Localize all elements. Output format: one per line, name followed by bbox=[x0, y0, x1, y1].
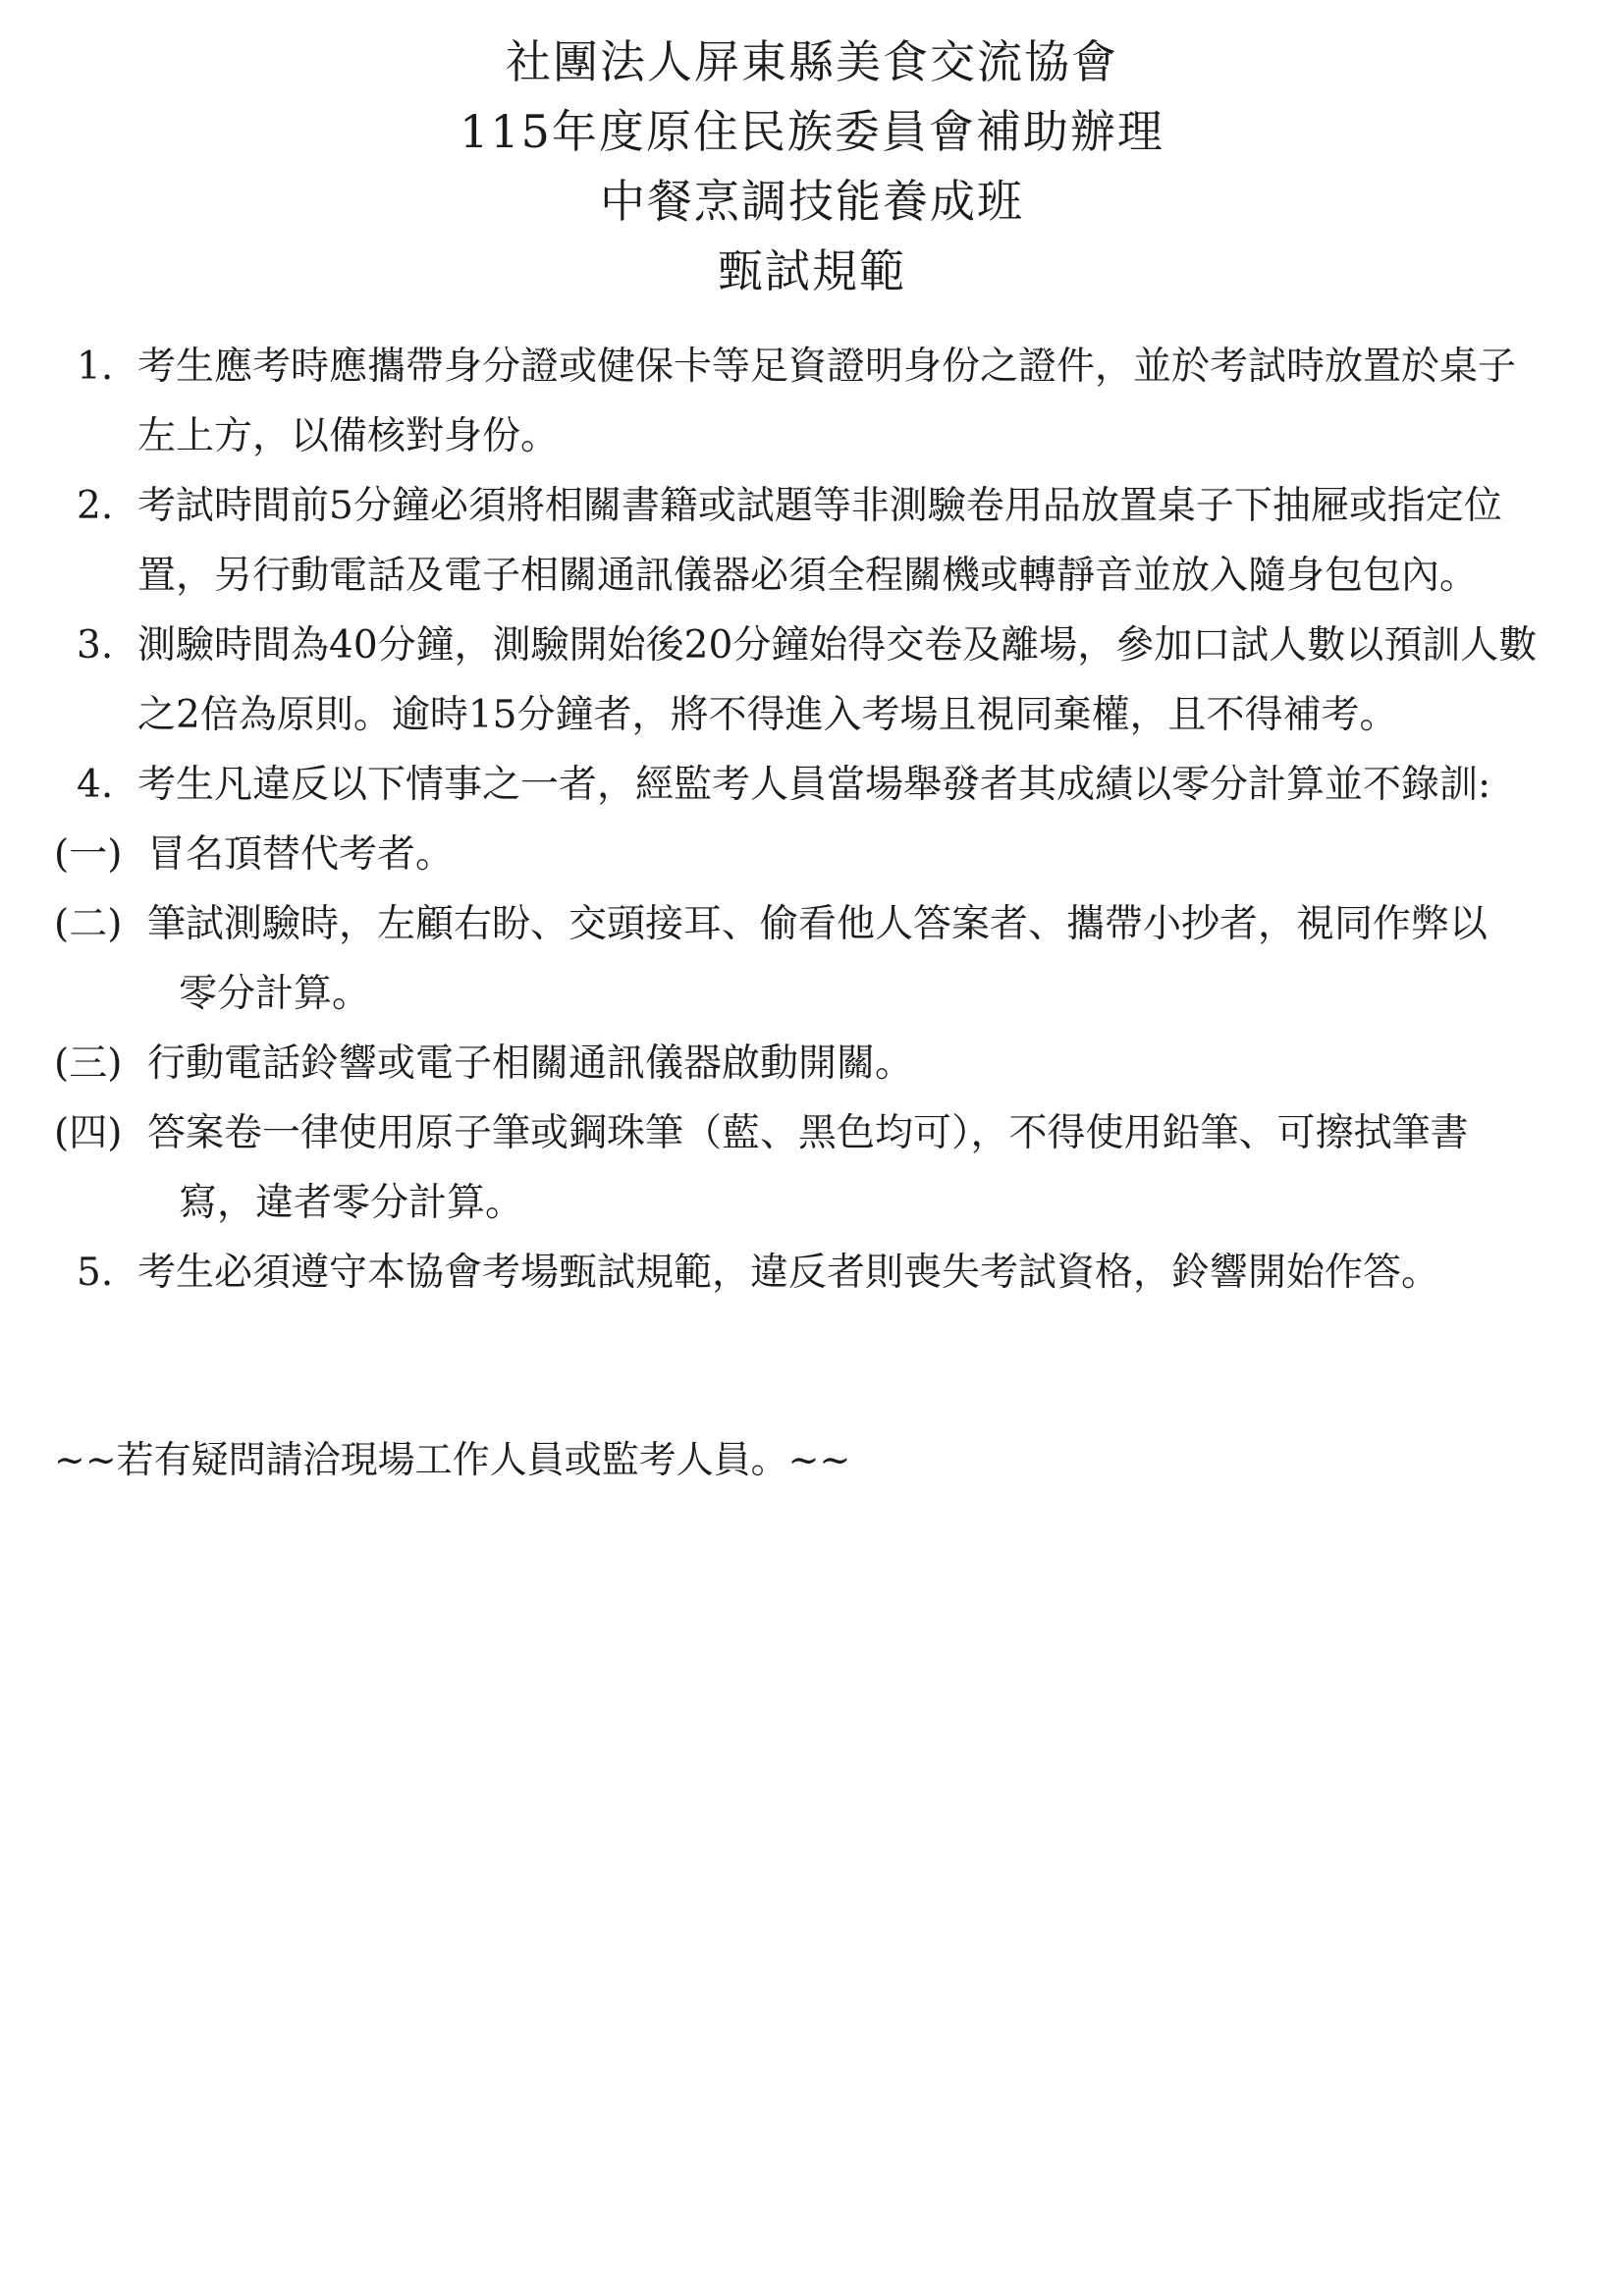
document-title: 社團法人屏東縣美食交流協會 115年度原住民族委員會補助辦理 中餐烹調技能養成班… bbox=[0, 0, 1624, 306]
text-line: 零分計算。 bbox=[147, 959, 1585, 1029]
list-item: 1. 考生應考時應攜帶身分證或健保卡等足資證明身份之證件，並於考試時放置於桌子左… bbox=[77, 332, 1585, 471]
text-line: 冒名頂替代考者。 bbox=[147, 820, 1585, 889]
list-marker: (二) bbox=[54, 889, 147, 959]
document-page: 社團法人屏東縣美食交流協會 115年度原住民族委員會補助辦理 中餐烹調技能養成班… bbox=[0, 0, 1624, 2296]
list-item: 5. 考生必須遵守本協會考場甄試規範，違反者則喪失考試資格，鈴響開始作答。 bbox=[77, 1238, 1585, 1308]
title-line-program-year: 115年度原住民族委員會補助辦理 bbox=[0, 97, 1624, 167]
text-line: 左上方，以備核對身份。 bbox=[137, 401, 1585, 471]
text-line: 考試時間前5分鐘必須將相關書籍或試題等非測驗卷用品放置桌子下抽屜或指定位 bbox=[137, 471, 1585, 541]
list-marker: (三) bbox=[54, 1029, 147, 1098]
list-item-text: 考生凡違反以下情事之一者，經監考人員當場舉發者其成績以零分計算並不錄訓: bbox=[137, 750, 1585, 820]
list-item: (一) 冒名頂替代考者。 bbox=[54, 820, 1585, 889]
list-marker: (四) bbox=[54, 1098, 147, 1168]
list-item-text: 考試時間前5分鐘必須將相關書籍或試題等非測驗卷用品放置桌子下抽屜或指定位置，另行… bbox=[137, 471, 1585, 611]
text-line: 之2倍為原則。逾時15分鐘者，將不得進入考場且視同棄權，且不得補考。 bbox=[137, 680, 1585, 750]
list-marker: 4. bbox=[77, 750, 137, 820]
title-line-association: 社團法人屏東縣美食交流協會 bbox=[0, 27, 1624, 97]
text-line: 考生凡違反以下情事之一者，經監考人員當場舉發者其成績以零分計算並不錄訓: bbox=[137, 750, 1585, 820]
list-item-text: 測驗時間為40分鐘，測驗開始後20分鐘始得交卷及離場，參加口試人數以預訓人數之2… bbox=[137, 611, 1585, 750]
list-item-text: 冒名頂替代考者。 bbox=[147, 820, 1585, 889]
title-line-course: 中餐烹調技能養成班 bbox=[0, 167, 1624, 237]
list-item-text: 行動電話鈴響或電子相關通訊儀器啟動開關。 bbox=[147, 1029, 1585, 1098]
title-line-doc-type: 甄試規範 bbox=[0, 237, 1624, 306]
text-line: 考生必須遵守本協會考場甄試規範，違反者則喪失考試資格，鈴響開始作答。 bbox=[137, 1238, 1585, 1308]
list-item-text: 筆試測驗時，左顧右盼、交頭接耳、偷看他人答案者、攜帶小抄者，視同作弊以零分計算。 bbox=[147, 889, 1585, 1029]
list-item: (三) 行動電話鈴響或電子相關通訊儀器啟動開關。 bbox=[54, 1029, 1585, 1098]
list-marker: 1. bbox=[77, 332, 137, 401]
list-marker: 5. bbox=[77, 1238, 137, 1308]
list-item-text: 答案卷一律使用原子筆或鋼珠筆（藍、黑色均可），不得使用鉛筆、可擦拭筆書寫，違者零… bbox=[147, 1098, 1585, 1238]
list-item: 2. 考試時間前5分鐘必須將相關書籍或試題等非測驗卷用品放置桌子下抽屜或指定位置… bbox=[77, 471, 1585, 611]
text-line: 行動電話鈴響或電子相關通訊儀器啟動開關。 bbox=[147, 1029, 1585, 1098]
list-marker: (一) bbox=[54, 820, 147, 889]
list-item: 4. 考生凡違反以下情事之一者，經監考人員當場舉發者其成績以零分計算並不錄訓: bbox=[77, 750, 1585, 820]
list-item: 3. 測驗時間為40分鐘，測驗開始後20分鐘始得交卷及離場，參加口試人數以預訓人… bbox=[77, 611, 1585, 750]
text-line: 筆試測驗時，左顧右盼、交頭接耳、偷看他人答案者、攜帶小抄者，視同作弊以 bbox=[147, 889, 1585, 959]
list-marker: 2. bbox=[77, 471, 137, 541]
text-line: 置，另行動電話及電子相關通訊儀器必須全程關機或轉靜音並放入隨身包包內。 bbox=[137, 541, 1585, 611]
footer-note: ~~若有疑問請洽現場工作人員或監考人員。~~ bbox=[54, 1425, 1585, 1495]
text-line: 測驗時間為40分鐘，測驗開始後20分鐘始得交卷及離場，參加口試人數以預訓人數 bbox=[137, 611, 1585, 680]
list-marker: 3. bbox=[77, 611, 137, 680]
list-item: (四) 答案卷一律使用原子筆或鋼珠筆（藍、黑色均可），不得使用鉛筆、可擦拭筆書寫… bbox=[54, 1098, 1585, 1238]
list-item-text: 考生應考時應攜帶身分證或健保卡等足資證明身份之證件，並於考試時放置於桌子左上方，… bbox=[137, 332, 1585, 471]
text-line: 答案卷一律使用原子筆或鋼珠筆（藍、黑色均可），不得使用鉛筆、可擦拭筆書 bbox=[147, 1098, 1585, 1168]
text-line: 考生應考時應攜帶身分證或健保卡等足資證明身份之證件，並於考試時放置於桌子 bbox=[137, 332, 1585, 401]
document-body: 1. 考生應考時應攜帶身分證或健保卡等足資證明身份之證件，並於考試時放置於桌子左… bbox=[0, 332, 1624, 1495]
text-line: 寫，違者零分計算。 bbox=[147, 1168, 1585, 1238]
list-item: (二) 筆試測驗時，左顧右盼、交頭接耳、偷看他人答案者、攜帶小抄者，視同作弊以零… bbox=[54, 889, 1585, 1029]
list-item-text: 考生必須遵守本協會考場甄試規範，違反者則喪失考試資格，鈴響開始作答。 bbox=[137, 1238, 1585, 1308]
